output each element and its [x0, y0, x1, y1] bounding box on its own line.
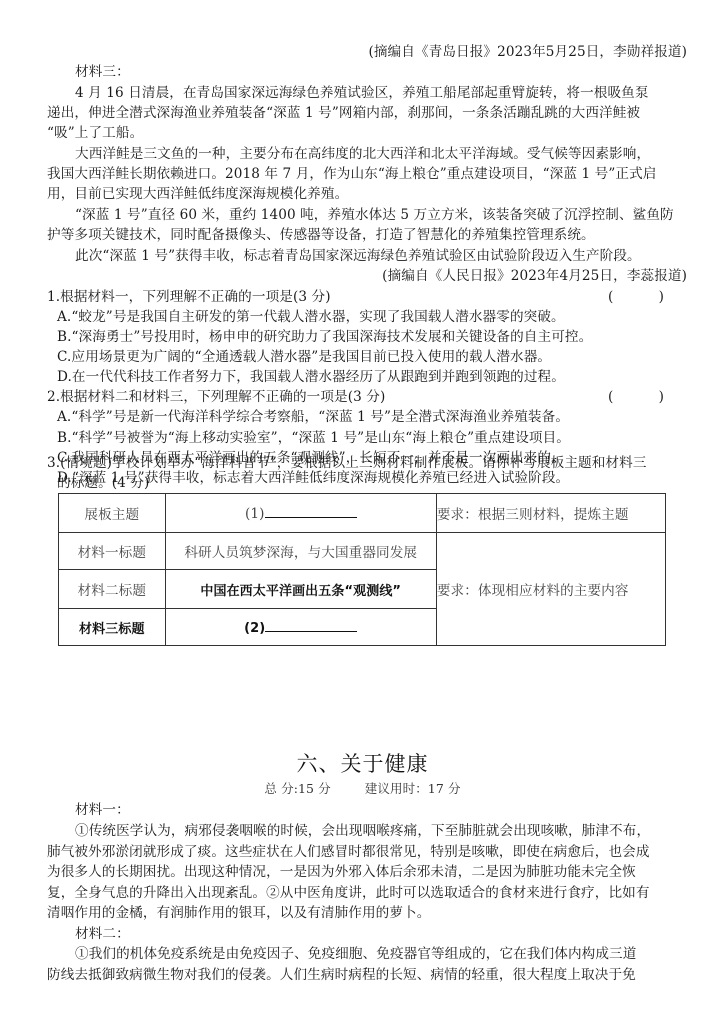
section6-material1-heading: 材料一：	[75, 800, 687, 820]
question-1-stem: 1.根据材料一，下列理解不正确的一项是(3 分)	[47, 287, 687, 307]
paren-left: (	[608, 387, 613, 407]
section6-material2-heading: 材料二：	[75, 924, 687, 944]
answer-blank-line[interactable]	[265, 619, 357, 632]
section-meta: 总 分:15 分建议用时：17 分	[0, 779, 725, 797]
question-1-option-b: B.“深海勇士”号投用时，杨申申的研究助力了我国深海技术发展和关键设备的自主可控…	[57, 327, 687, 347]
material3-paragraph-line: “深蓝 1 号”直径 60 米，重约 1400 吨，养殖水体达 5 万立方米，该…	[75, 205, 687, 225]
section6-material1-line: 肺气被外邪淤闭就形成了痰。这些症状在人们感冒时都很常见，特别是咳嗽，即使在病愈后…	[47, 842, 687, 862]
title-value: 中国在西太平洋画出五条“观测线”	[165, 570, 436, 609]
question-1-option-c: C.应用场景更为广阔的“全通透载人潜水器”是我国目前已投入使用的载人潜水器。	[57, 347, 687, 367]
paren-left: (	[608, 287, 613, 307]
requirement-text: 要求：根据三则材料，提炼主题	[436, 494, 665, 533]
section6-material2-line: ①我们的机体免疫系统是由免疫因子、免疫细胞、免疫器官等组成的，它在我们体内构成三…	[75, 944, 687, 964]
section6-material1-line: 复，全身气息的升降出入出现紊乱。②从中医角度讲，此时可以选取适合的食材来进行食疗…	[47, 883, 687, 903]
table-row-theme: 展板主题 (1) 要求：根据三则材料，提炼主题	[59, 494, 666, 533]
material3-paragraph-line: 大西洋鲑是三文鱼的一种，主要分布在高纬度的北大西洋和北太平洋海域。受气候等因素影…	[75, 144, 687, 164]
question-1-option-d: D.在一代代科技工作者努力下，我国载人潜水器经历了从跟跑到并跑到领跑的过程。	[57, 367, 687, 387]
question-2-option-b: B.“科学”号被誉为“海上移动实验室”，“深蓝 1 号”是山东“海上粮仓”重点建…	[57, 428, 687, 448]
question-2-stem: 2.根据材料二和材料三，下列理解不正确的一项是(3 分)	[47, 387, 687, 407]
exam-page: (摘编自《青岛日报》2023年5月25日，李勋祥报道) 材料三： 4 月 16 …	[0, 0, 725, 1024]
section-title: 六、关于健康	[0, 748, 725, 778]
exhibit-board-table: 展板主题 (1) 要求：根据三则材料，提炼主题 材料一标题 科研人员筑梦深海，与…	[58, 493, 666, 646]
question-3-stem-line2: 的标题。(4 分)	[57, 473, 687, 493]
section6-material2-line: 防线去抵御致病微生物对我们的侵袭。人们生病时病程的长短、病情的轻重，很大程度上取…	[47, 965, 687, 985]
answer-blank-line[interactable]	[265, 505, 357, 518]
blank-number: (1)	[245, 506, 265, 522]
row-label: 材料三标题	[59, 609, 166, 646]
row-label: 材料一标题	[59, 533, 166, 570]
material3-paragraph-line: 4 月 16 日清晨，在青岛国家深远海绿色养殖试验区，养殖工船尾部起重臂旋转，将…	[75, 83, 687, 103]
row-label: 材料二标题	[59, 570, 166, 609]
suggested-time: 建议用时：17 分	[365, 779, 461, 797]
material3-heading: 材料三：	[75, 62, 687, 82]
material3-paragraph-line: “吸”上了工船。	[47, 123, 687, 143]
section6-material1-line: 为很多人的长期困扰。出现这种情况，一是因为外邪入体后余邪未清，二是因为肺脏功能未…	[47, 862, 687, 882]
material3-source-citation: (摘编自《人民日报》2023年4月25日，李蕊报道)	[382, 266, 687, 286]
question-3-stem-line1: 3.(情境题)学校计划举办“海洋科普节”，要根据以上三则材料制作展板。请你补写展…	[47, 453, 687, 473]
requirement-text: 要求：体现相应材料的主要内容	[436, 533, 665, 646]
section6-material1-line: ①传统医学认为，病邪侵袭咽喉的时候，会出现咽喉疼痛，下至肺脏就会出现咳嗽，肺津不…	[75, 821, 687, 841]
material3-title-answer-cell[interactable]: (2)	[165, 609, 436, 646]
row-label: 展板主题	[59, 494, 166, 533]
blank-number: (2)	[244, 621, 265, 636]
material3-paragraph-line: 用，目前已实现大西洋鲑低纬度深海规模化养殖。	[47, 184, 687, 204]
question-1-option-a: A.“蛟龙”号是我国自主研发的第一代载人潜水器，实现了我国载人潜水器零的突破。	[57, 307, 687, 327]
table-row-material1: 材料一标题 科研人员筑梦深海，与大国重器同发展 要求：体现相应材料的主要内容	[59, 533, 666, 570]
title-value: 科研人员筑梦深海，与大国重器同发展	[165, 533, 436, 570]
material3-paragraph-line: 此次“深蓝 1 号”获得丰收，标志着青岛国家深远海绿色养殖试验区由试验阶段迈入生…	[75, 246, 687, 266]
paren-right: )	[659, 387, 664, 407]
theme-answer-cell[interactable]: (1)	[165, 494, 436, 533]
paren-right: )	[659, 287, 664, 307]
material2-source-citation: (摘编自《青岛日报》2023年5月25日，李勋祥报道)	[368, 42, 687, 62]
material3-paragraph-line: 递出，伸进全潜式深海渔业养殖装备“深蓝 1 号”网箱内部，刹那间，一条条活蹦乱跳…	[47, 103, 687, 123]
question-2-option-a: A.“科学”号是新一代海洋科学综合考察船，“深蓝 1 号”是全潜式深海渔业养殖装…	[57, 407, 687, 427]
total-score: 总 分:15 分	[264, 779, 330, 797]
material3-paragraph-line: 护等多项关键技术，同时配备摄像头、传感器等设备，打造了智慧化的养殖集控管理系统。	[47, 225, 687, 245]
section6-material1-line: 清咽作用的金橘，有润肺作用的银耳，以及有清肺作用的萝卜。	[47, 903, 687, 923]
material3-paragraph-line: 我国大西洋鲑长期依赖进口。2018 年 7 月，作为山东“海上粮仓”重点建设项目…	[47, 164, 687, 184]
